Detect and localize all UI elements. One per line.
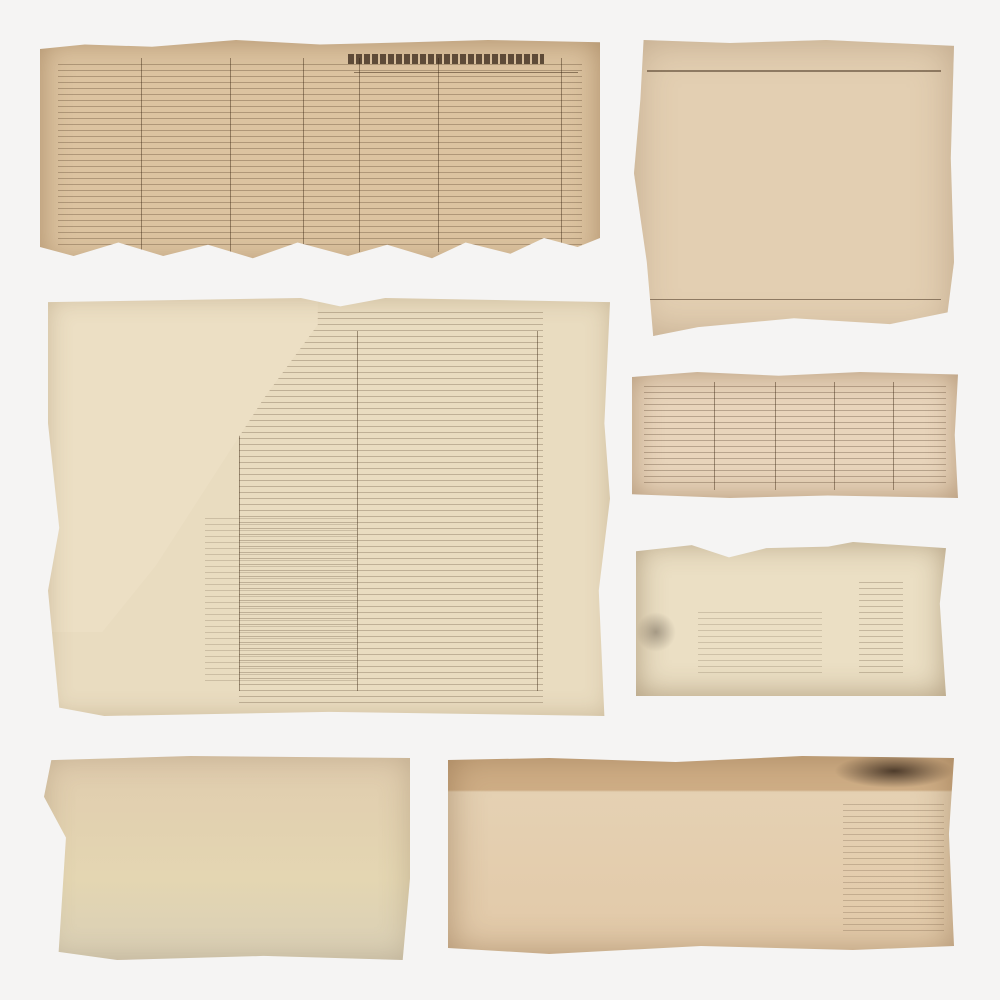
newspaper-scrap-middle-right-card xyxy=(636,542,946,696)
aged-edge xyxy=(44,756,410,960)
newspaper-scrap-middle-left xyxy=(48,298,610,716)
newspaper-scrap-top-left xyxy=(40,40,600,265)
aged-edge xyxy=(48,298,610,716)
aged-edge xyxy=(636,542,946,696)
aged-edge xyxy=(40,40,600,265)
newspaper-scrap-bottom-left xyxy=(44,756,410,960)
newspaper-scrap-bottom-right xyxy=(448,754,954,954)
aged-edge xyxy=(448,754,954,954)
newspaper-scrap-top-right xyxy=(634,40,954,336)
newspaper-scrap-middle-right-table xyxy=(632,372,958,498)
aged-edge xyxy=(632,372,958,498)
aged-edge xyxy=(634,40,954,336)
